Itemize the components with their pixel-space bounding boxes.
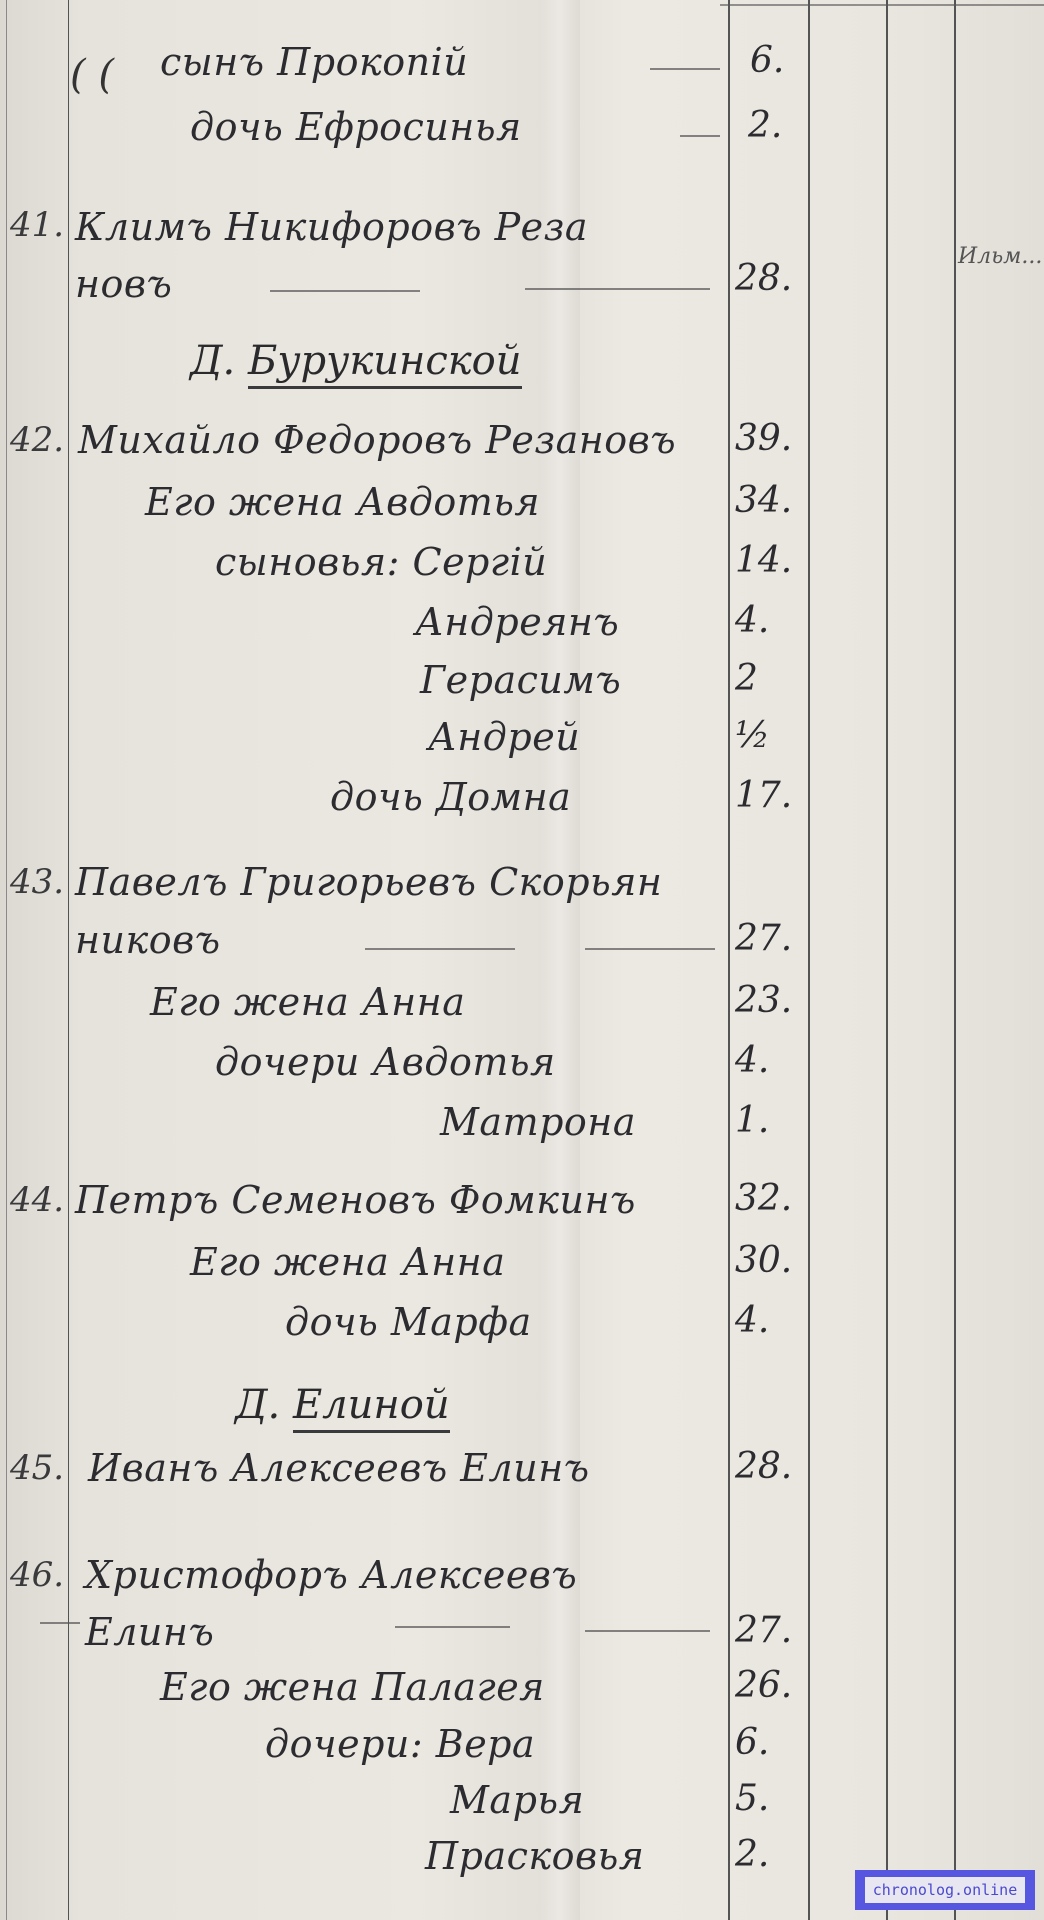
age-column-right-rule: [808, 0, 810, 1920]
watermark-text: chronolog.online: [865, 1877, 1026, 1903]
village-name: Бурукинской: [248, 338, 522, 389]
entry-number: 44.: [10, 1180, 70, 1220]
age-value: 17.: [735, 775, 805, 816]
age-value: 6.: [735, 1722, 805, 1763]
age-value: 1.: [735, 1100, 805, 1141]
entry-number: 41.: [10, 205, 70, 245]
head-of-household-cont: никовъ: [75, 918, 221, 962]
member-text: сыновья: Сергiй: [215, 540, 547, 584]
age-value: 28.: [735, 258, 805, 299]
village-name: Елиной: [293, 1382, 450, 1433]
age-value: ½: [735, 715, 805, 756]
member-text: Его жена Палагея: [160, 1665, 545, 1709]
head-of-household: Павелъ Григорьевъ Скорьян: [75, 860, 662, 904]
fill-dash: [395, 1626, 510, 1628]
fill-dash: [525, 288, 710, 290]
name-age-divider-rule: [728, 0, 730, 1920]
village-prefix: Д.: [235, 1382, 280, 1428]
age-value: 4.: [735, 1040, 805, 1081]
entry-number: 45.: [10, 1448, 70, 1488]
head-of-household: Петръ Семеновъ Фомкинъ: [75, 1178, 636, 1222]
age-value: 2.: [748, 105, 818, 146]
age-value: 39.: [735, 418, 805, 459]
head-of-household-cont: Елинъ: [85, 1610, 214, 1654]
age-value: 2.: [735, 1834, 805, 1875]
head-of-household: Христофоръ Алексеевъ: [85, 1553, 577, 1597]
number-column-rule: [68, 0, 69, 1920]
member-text: дочери Авдотья: [215, 1040, 556, 1084]
entry-number: 42.: [10, 420, 70, 460]
fill-dash: [270, 290, 420, 292]
age-value: 34.: [735, 480, 805, 521]
member-text: Его жена Авдотья: [145, 480, 540, 524]
column-rule-3: [886, 0, 888, 1920]
fill-dash: [365, 948, 515, 950]
head-of-household: Михайло Федоровъ Резановъ: [78, 418, 676, 462]
age-value: 30.: [735, 1240, 805, 1281]
fill-dash: [650, 68, 720, 70]
member-text: дочери: Вера: [265, 1722, 535, 1766]
member-text: Матрона: [440, 1100, 636, 1144]
age-value: 23.: [735, 980, 805, 1021]
fill-dash: [585, 1630, 710, 1632]
head-of-household: Иванъ Алексеевъ Елинъ: [88, 1446, 590, 1490]
age-value: 14.: [735, 540, 805, 581]
village-header: Д. Елиной: [235, 1382, 450, 1428]
head-of-household-cont: новъ: [75, 262, 172, 306]
page-left-rule: [6, 0, 7, 1920]
age-value: 27.: [735, 918, 805, 959]
member-text: Андрей: [428, 715, 580, 759]
member-text: сынъ Прокопiй: [160, 40, 468, 84]
watermark-badge: chronolog.online: [855, 1870, 1035, 1910]
entry-number: 46.: [10, 1555, 70, 1595]
age-value: 4.: [735, 600, 805, 641]
member-text: дочь Ефросинья: [190, 105, 522, 149]
fill-dash: [585, 948, 715, 950]
member-text: Марья: [450, 1778, 584, 1822]
member-text: Его жена Анна: [190, 1240, 505, 1284]
member-text: Его жена Анна: [150, 980, 465, 1024]
village-header: Д. Бурукинской: [190, 338, 522, 384]
top-rule: [720, 4, 1044, 6]
member-text: Герасимъ: [420, 658, 621, 702]
column-rule-4: [954, 0, 956, 1920]
village-prefix: Д.: [190, 338, 235, 384]
member-text: Прасковья: [425, 1834, 644, 1878]
head-of-household: Климъ Никифоровъ Реза: [75, 205, 588, 249]
margin-note: Ильм...: [958, 244, 1042, 269]
entry-number: 43.: [10, 862, 70, 902]
age-value: 32.: [735, 1178, 805, 1219]
fill-dash: [680, 135, 720, 137]
member-text: дочь Марфа: [285, 1300, 532, 1344]
age-value: 2: [735, 658, 805, 699]
age-value: 6.: [750, 40, 820, 81]
age-value: 5.: [735, 1778, 805, 1819]
member-text: Андреянъ: [415, 600, 619, 644]
member-text: дочь Домна: [330, 775, 571, 819]
age-value: 4.: [735, 1300, 805, 1341]
age-value: 27.: [735, 1610, 805, 1651]
age-value: 28.: [735, 1446, 805, 1487]
age-value: 26.: [735, 1665, 805, 1706]
fill-dash: [40, 1622, 80, 1624]
continuation-marks: ( (: [70, 52, 114, 98]
